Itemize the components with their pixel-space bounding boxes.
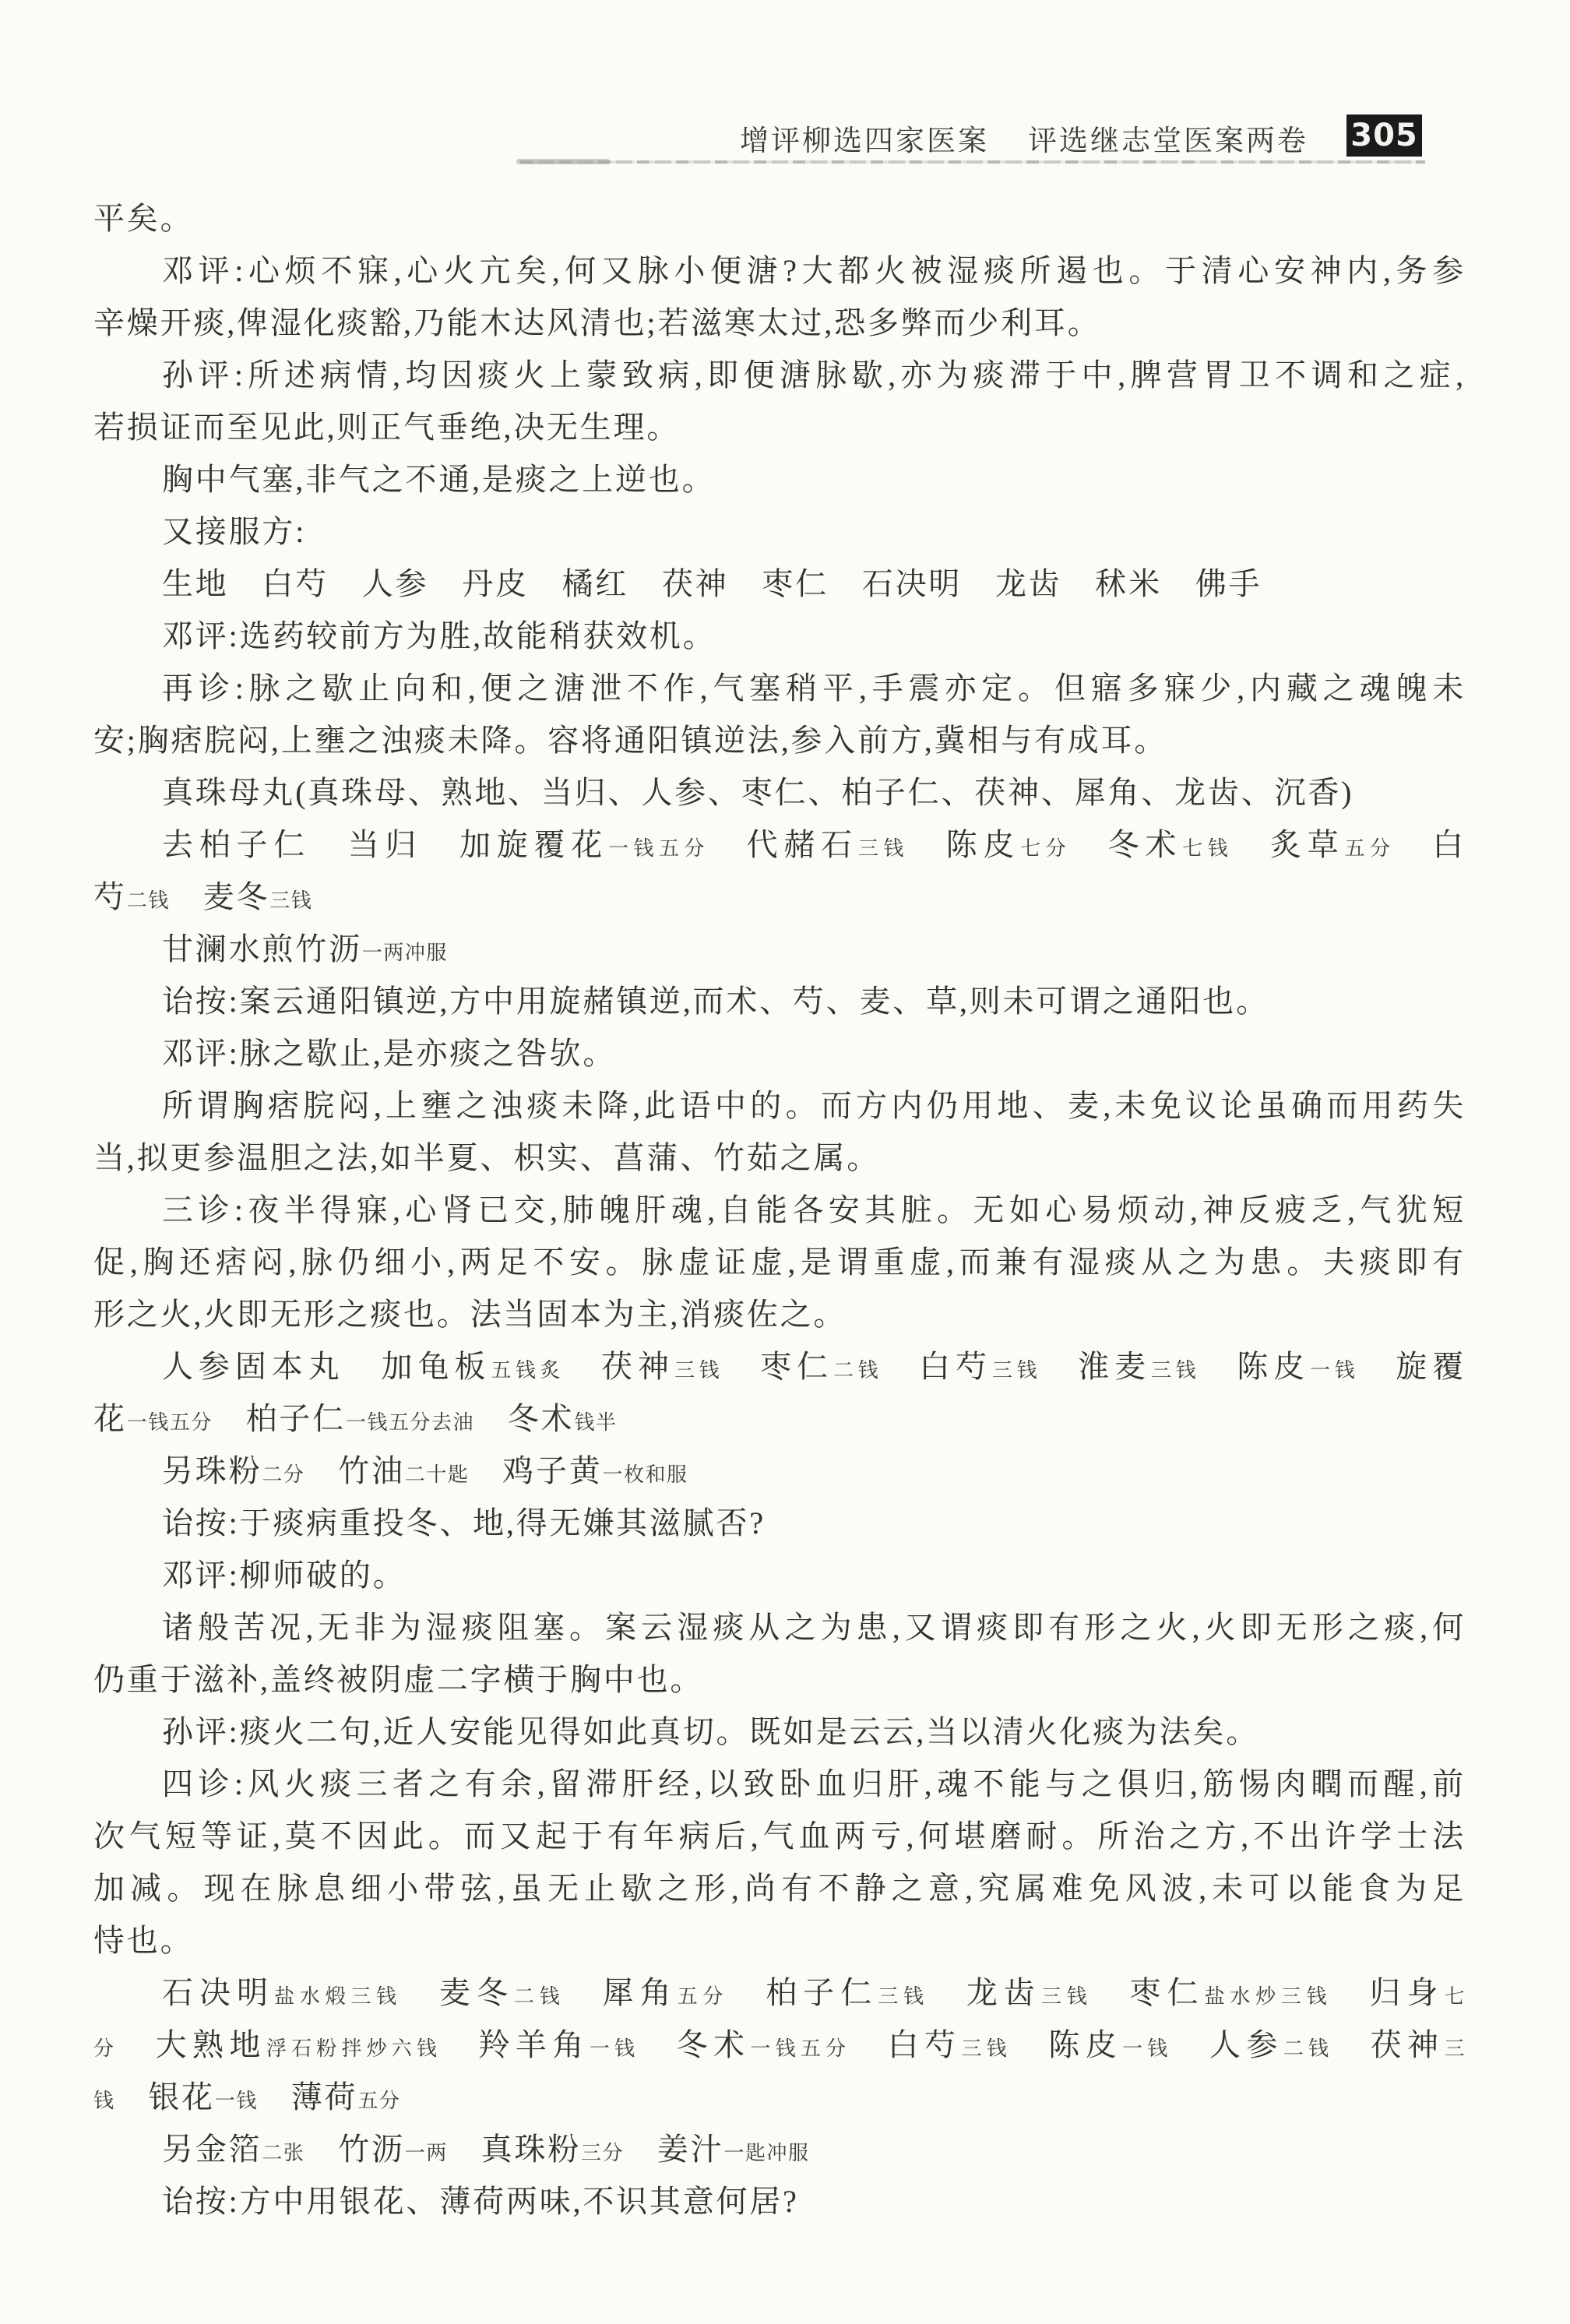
text-run: 麦冬 bbox=[170, 879, 269, 914]
text-run: 陈皮 bbox=[1200, 1349, 1310, 1384]
text-run: 麦冬 bbox=[402, 1975, 514, 2010]
text-run: 陈皮 bbox=[909, 827, 1020, 862]
text-run: 冬术 bbox=[639, 2027, 750, 2062]
text-run: 枣仁 bbox=[1092, 1975, 1204, 2010]
dosage-annotation: 盐水煅三钱 bbox=[274, 1985, 402, 2008]
text-line: 加减。现在脉息细小带弦,虽无止歇之形,尚有不静之意,究属难免风波,未可以能食为足 bbox=[93, 1862, 1466, 1914]
text-run: 若损证而至见此,则正气垂绝,决无生理。 bbox=[93, 410, 680, 445]
text-run: 邓评:柳师破的。 bbox=[162, 1558, 407, 1593]
text-run: 柏子仁 bbox=[213, 1401, 346, 1436]
text-line: 邓评:选药较前方为胜,故能稍获效机。 bbox=[93, 610, 1466, 662]
dosage-annotation: 二分 bbox=[262, 1463, 304, 1486]
text-line: 形之火,火即无形之痰也。法当固本为主,消痰佐之。 bbox=[93, 1288, 1466, 1340]
dosage-annotation: 一匙冲服 bbox=[723, 2142, 809, 2164]
text-line: 诒按:方中用银花、薄荷两味,不识其意何居? bbox=[93, 2175, 1466, 2227]
dosage-annotation: 分 bbox=[93, 2037, 118, 2060]
text-run: 炙草 bbox=[1233, 827, 1344, 862]
dosage-annotation: 二钱 bbox=[833, 1359, 882, 1382]
text-run: 柏子仁 bbox=[728, 1975, 878, 2010]
dosage-annotation: 七分 bbox=[1020, 837, 1071, 860]
text-run: 人参 bbox=[1172, 2027, 1283, 2062]
text-line: 生地 白芍 人参 丹皮 橘红 茯神 枣仁 石决明 龙齿 秫米 佛手 bbox=[93, 558, 1466, 610]
text-run: 羚羊角 bbox=[442, 2027, 590, 2062]
text-line: 孙评:所述病情,均因痰火上蒙致病,即便溏脉歇,亦为痰滞于中,脾营胃卫不调和之症, bbox=[93, 349, 1466, 401]
dosage-annotation: 三钱 bbox=[1041, 1985, 1093, 2008]
text-run: 诒按:于痰病重投冬、地,得无嫌其滋腻否? bbox=[162, 1505, 766, 1541]
text-line: 所谓胸痞脘闷,上壅之浊痰未降,此语中的。而方内仍用地、麦,未免议论虽确而用药失 bbox=[93, 1079, 1466, 1132]
text-run: 辛燥开痰,俾湿化痰豁,乃能木达风清也;若滋寒太过,恐多弊而少利耳。 bbox=[93, 305, 1101, 340]
dosage-annotation: 一钱五分 bbox=[127, 1411, 213, 1434]
text-run: 甘澜水煎竹沥 bbox=[162, 931, 362, 967]
text-run: 竹沥 bbox=[304, 2132, 404, 2167]
text-run: 薄荷 bbox=[258, 2079, 357, 2114]
text-line: 次气短等证,莫不因此。而又起于有年病后,气血两亏,何堪磨耐。所治之方,不出许学士… bbox=[93, 1810, 1466, 1862]
text-run: 再诊:脉之歇止向和,便之溏泄不作,气塞稍平,手震亦定。但寤多寐少,内藏之魂魄未 bbox=[162, 671, 1466, 706]
text-line: 仍重于滋补,盖终被阴虚二字横于胸中也。 bbox=[93, 1653, 1466, 1706]
text-run: 另珠粉 bbox=[162, 1453, 262, 1488]
dosage-annotation: 三分 bbox=[581, 2142, 624, 2164]
text-run: 诒按:方中用银花、薄荷两味,不识其意何居? bbox=[162, 2184, 799, 2219]
dosage-annotation: 三钱 bbox=[1151, 1359, 1200, 1382]
text-line: 另金箔二张 竹沥一两 真珠粉三分 姜汁一匙冲服 bbox=[93, 2123, 1466, 2175]
text-line: 胸中气塞,非气之不通,是痰之上逆也。 bbox=[93, 453, 1466, 505]
text-line: 又接服方: bbox=[93, 505, 1466, 558]
text-line: 诒按:案云通阳镇逆,方中用旋赭镇逆,而术、芍、麦、草,则未可谓之通阳也。 bbox=[93, 975, 1466, 1027]
text-run: 茯神 bbox=[1333, 2027, 1444, 2062]
dosage-annotation: 五钱炙 bbox=[491, 1359, 565, 1382]
text-run: 孙评:痰火二句,近人安能见得如此真切。既如是云云,当以清火化痰为法矣。 bbox=[162, 1714, 1259, 1749]
text-line: 三诊:夜半得寐,心肾已交,肺魄肝魂,自能各安其脏。无如心易烦动,神反疲乏,气犹短 bbox=[93, 1184, 1466, 1236]
text-run: 银花 bbox=[115, 2079, 215, 2114]
text-run: 形之火,火即无形之痰也。法当固本为主,消痰佐之。 bbox=[93, 1297, 847, 1332]
text-run: 芍 bbox=[93, 879, 127, 914]
running-head: 增评柳选四家医案评选继志堂医案两卷 bbox=[740, 117, 1308, 159]
text-run: 次气短等证,莫不因此。而又起于有年病后,气血两亏,何堪磨耐。所治之方,不出许学士… bbox=[93, 1819, 1466, 1854]
text-run: 生地 白芍 人参 丹皮 橘红 茯神 枣仁 石决明 龙齿 秫米 佛手 bbox=[162, 566, 1262, 601]
text-line: 辛燥开痰,俾湿化痰豁,乃能木达风清也;若滋寒太过,恐多弊而少利耳。 bbox=[93, 297, 1466, 349]
text-run: 白芍 bbox=[882, 1349, 992, 1384]
text-run: 犀角 bbox=[565, 1975, 678, 2010]
text-line: 促,胸还痞闷,脉仍细小,两足不安。脉虚证虚,是谓重虚,而兼有湿痰从之为患。夫痰即… bbox=[93, 1236, 1466, 1288]
dosage-annotation: 二钱 bbox=[127, 889, 170, 912]
dosage-annotation: 盐水炒三钱 bbox=[1205, 1985, 1332, 2008]
dosage-annotation: 一钱 bbox=[1310, 1359, 1359, 1382]
dosage-annotation: 二十匙 bbox=[405, 1463, 470, 1486]
text-run: 代赭石 bbox=[709, 827, 858, 862]
text-run: 旋覆 bbox=[1359, 1349, 1466, 1384]
text-run: 又接服方: bbox=[162, 514, 306, 549]
dosage-annotation: 五分 bbox=[678, 1985, 729, 2008]
text-run: 冬术 bbox=[1071, 827, 1182, 862]
text-run: 鸡子黄 bbox=[469, 1453, 602, 1488]
dosage-annotation: 一钱 bbox=[1122, 2037, 1172, 2060]
text-run: 孙评:所述病情,均因痰火上蒙致病,即便溏脉歇,亦为痰滞于中,脾营胃卫不调和之症, bbox=[162, 357, 1466, 393]
text-line: 安;胸痞脘闷,上壅之浊痰未降。容将通阳镇逆法,参入前方,冀相与有成耳。 bbox=[93, 714, 1466, 766]
dosage-annotation: 三钱 bbox=[858, 837, 909, 860]
dosage-annotation: 一钱 bbox=[215, 2090, 258, 2112]
text-run: 恃也。 bbox=[93, 1923, 193, 1958]
text-run: 龙齿 bbox=[929, 1975, 1041, 2010]
dosage-annotation: 一两 bbox=[405, 2142, 448, 2164]
dosage-annotation: 七钱 bbox=[1182, 837, 1233, 860]
dosage-annotation: 三 bbox=[1445, 2037, 1466, 2060]
text-run: 平矣。 bbox=[93, 201, 193, 236]
dosage-annotation: 一钱五分 bbox=[608, 837, 709, 860]
dosage-annotation: 二钱 bbox=[1283, 2037, 1333, 2060]
dosage-annotation: 三钱 bbox=[992, 1359, 1041, 1382]
page-number-badge: 305 bbox=[1346, 114, 1422, 157]
text-line: 去柏子仁 当归 加旋覆花一钱五分 代赭石三钱 陈皮七分 冬术七钱 炙草五分 白 bbox=[93, 819, 1466, 871]
dosage-annotation: 一枚和服 bbox=[603, 1463, 688, 1486]
dosage-annotation: 二钱 bbox=[514, 1985, 565, 2008]
text-run: 去柏子仁 当归 加旋覆花 bbox=[162, 827, 608, 862]
text-run: 冬术 bbox=[474, 1401, 574, 1436]
dosage-annotation: 钱 bbox=[93, 2090, 115, 2112]
volume-title: 评选继志堂医案两卷 bbox=[1028, 125, 1308, 157]
text-run: 邓评:选药较前方为胜,故能稍获效机。 bbox=[162, 618, 716, 653]
page-number: 305 bbox=[1350, 118, 1418, 153]
text-line: 诒按:于痰病重投冬、地,得无嫌其滋腻否? bbox=[93, 1497, 1466, 1549]
header-rule bbox=[520, 160, 1425, 164]
text-run: 当,拟更参温胆之法,如半夏、枳实、菖蒲、竹茹之属。 bbox=[93, 1140, 880, 1175]
text-line: 邓评:柳师破的。 bbox=[93, 1549, 1466, 1601]
page-body: 平矣。邓评:心烦不寐,心火亢矣,何又脉小便溏?大都火被湿痰所遏也。于清心安神内,… bbox=[93, 192, 1466, 2227]
text-line: 四诊:风火痰三者之有余,留滞肝经,以致卧血归肝,魂不能与之俱归,筋惕肉瞤而醒,前 bbox=[93, 1758, 1466, 1810]
dosage-annotation: 五分 bbox=[1344, 837, 1395, 860]
dosage-annotation: 三钱 bbox=[269, 889, 312, 912]
text-run: 淮麦 bbox=[1041, 1349, 1151, 1384]
text-line: 甘澜水煎竹沥一两冲服 bbox=[93, 923, 1466, 975]
text-line: 平矣。 bbox=[93, 192, 1466, 245]
text-run: 石决明 bbox=[162, 1975, 274, 2010]
text-line: 另珠粉二分 竹油二十匙 鸡子黄一枚和服 bbox=[93, 1445, 1466, 1497]
text-line: 诸般苦况,无非为湿痰阻塞。案云湿痰从之为患,又谓痰即有形之火,火即无形之痰,何 bbox=[93, 1601, 1466, 1653]
text-run: 四诊:风火痰三者之有余,留滞肝经,以致卧血归肝,魂不能与之俱归,筋惕肉瞤而醒,前 bbox=[162, 1766, 1466, 1801]
text-run: 归身 bbox=[1332, 1975, 1444, 2010]
dosage-annotation: 五分 bbox=[357, 2090, 400, 2112]
text-run: 真珠母丸(真珠母、熟地、当归、人参、枣仁、柏子仁、茯神、犀角、龙齿、沉香) bbox=[162, 775, 1354, 810]
text-line: 再诊:脉之歇止向和,便之溏泄不作,气塞稍平,手震亦定。但寤多寐少,内藏之魂魄未 bbox=[93, 662, 1466, 714]
text-line: 若损证而至见此,则正气垂绝,决无生理。 bbox=[93, 401, 1466, 453]
dosage-annotation: 一两冲服 bbox=[362, 942, 448, 964]
text-line: 孙评:痰火二句,近人安能见得如此真切。既如是云云,当以清火化痰为法矣。 bbox=[93, 1706, 1466, 1758]
text-run: 枣仁 bbox=[723, 1349, 833, 1384]
dosage-annotation: 浮石粉拌炒六钱 bbox=[266, 2037, 442, 2060]
dosage-annotation: 一钱五分去油 bbox=[346, 1411, 474, 1434]
text-line: 芍二钱 麦冬三钱 bbox=[93, 871, 1466, 923]
text-line: 人参固本丸 加龟板五钱炙 茯神三钱 枣仁二钱 白芍三钱 淮麦三钱 陈皮一钱 旋覆 bbox=[93, 1340, 1466, 1393]
text-run: 加减。现在脉息细小带弦,虽无止歇之形,尚有不静之意,究属难免风波,未可以能食为足 bbox=[93, 1871, 1466, 1906]
text-run: 人参固本丸 加龟板 bbox=[162, 1349, 491, 1384]
text-run: 白芍 bbox=[850, 2027, 961, 2062]
text-run: 仍重于滋补,盖终被阴虚二字横于胸中也。 bbox=[93, 1662, 703, 1697]
text-run: 大熟地 bbox=[118, 2027, 266, 2062]
text-line: 石决明盐水煅三钱 麦冬二钱 犀角五分 柏子仁三钱 龙齿三钱 枣仁盐水炒三钱 归身… bbox=[93, 1967, 1466, 2019]
book-title: 增评柳选四家医案 bbox=[740, 125, 989, 157]
text-run: 安;胸痞脘闷,上壅之浊痰未降。容将通阳镇逆法,参入前方,冀相与有成耳。 bbox=[93, 723, 1167, 758]
text-line: 邓评:心烦不寐,心火亢矣,何又脉小便溏?大都火被湿痰所遏也。于清心安神内,务参 bbox=[93, 245, 1466, 297]
dosage-annotation: 钱半 bbox=[574, 1411, 617, 1434]
scan-smudge bbox=[516, 159, 610, 164]
text-line: 钱 银花一钱 薄荷五分 bbox=[93, 2071, 1466, 2123]
text-run: 邓评:脉之歇止,是亦痰之咎欤。 bbox=[162, 1036, 616, 1071]
dosage-annotation: 三钱 bbox=[674, 1359, 723, 1382]
dosage-annotation: 七 bbox=[1445, 1985, 1466, 2008]
text-run: 三诊:夜半得寐,心肾已交,肺魄肝魂,自能各安其脏。无如心易烦动,神反疲乏,气犹短 bbox=[162, 1192, 1466, 1227]
text-line: 分 大熟地浮石粉拌炒六钱 羚羊角一钱 冬术一钱五分 白芍三钱 陈皮一钱 人参二钱… bbox=[93, 2019, 1466, 2071]
text-run: 诸般苦况,无非为湿痰阻塞。案云湿痰从之为患,又谓痰即有形之火,火即无形之痰,何 bbox=[162, 1610, 1466, 1645]
text-run: 诒按:案云通阳镇逆,方中用旋赭镇逆,而术、芍、麦、草,则未可谓之通阳也。 bbox=[162, 984, 1269, 1019]
dosage-annotation: 一钱 bbox=[590, 2037, 639, 2060]
text-line: 当,拟更参温胆之法,如半夏、枳实、菖蒲、竹茹之属。 bbox=[93, 1132, 1466, 1184]
text-run: 白 bbox=[1395, 827, 1466, 862]
scanned-book-page: 增评柳选四家医案评选继志堂医案两卷 305 平矣。邓评:心烦不寐,心火亢矣,何又… bbox=[0, 0, 1570, 2324]
text-line: 恃也。 bbox=[93, 1914, 1466, 1967]
dosage-annotation: 三钱 bbox=[878, 1985, 929, 2008]
text-run: 真珠粉 bbox=[448, 2132, 581, 2167]
text-run: 姜汁 bbox=[624, 2132, 723, 2167]
text-run: 另金箔 bbox=[162, 2132, 262, 2167]
dosage-annotation: 三钱 bbox=[961, 2037, 1011, 2060]
text-run: 促,胸还痞闷,脉仍细小,两足不安。脉虚证虚,是谓重虚,而兼有湿痰从之为患。夫痰即… bbox=[93, 1245, 1466, 1280]
text-run: 胸中气塞,非气之不通,是痰之上逆也。 bbox=[162, 462, 715, 497]
text-line: 真珠母丸(真珠母、熟地、当归、人参、枣仁、柏子仁、茯神、犀角、龙齿、沉香) bbox=[93, 766, 1466, 819]
dosage-annotation: 二张 bbox=[262, 2142, 304, 2164]
text-run: 茯神 bbox=[565, 1349, 674, 1384]
text-run: 竹油 bbox=[304, 1453, 404, 1488]
text-run: 所谓胸痞脘闷,上壅之浊痰未降,此语中的。而方内仍用地、麦,未免议论虽确而用药失 bbox=[162, 1088, 1466, 1123]
text-line: 邓评:脉之歇止,是亦痰之咎欤。 bbox=[93, 1027, 1466, 1079]
text-line: 花一钱五分 柏子仁一钱五分去油 冬术钱半 bbox=[93, 1393, 1466, 1445]
text-run: 邓评:心烦不寐,心火亢矣,何又脉小便溏?大都火被湿痰所遏也。于清心安神内,务参 bbox=[162, 253, 1466, 288]
text-run: 陈皮 bbox=[1012, 2027, 1122, 2062]
dosage-annotation: 一钱五分 bbox=[751, 2037, 851, 2060]
text-run: 花 bbox=[93, 1401, 127, 1436]
